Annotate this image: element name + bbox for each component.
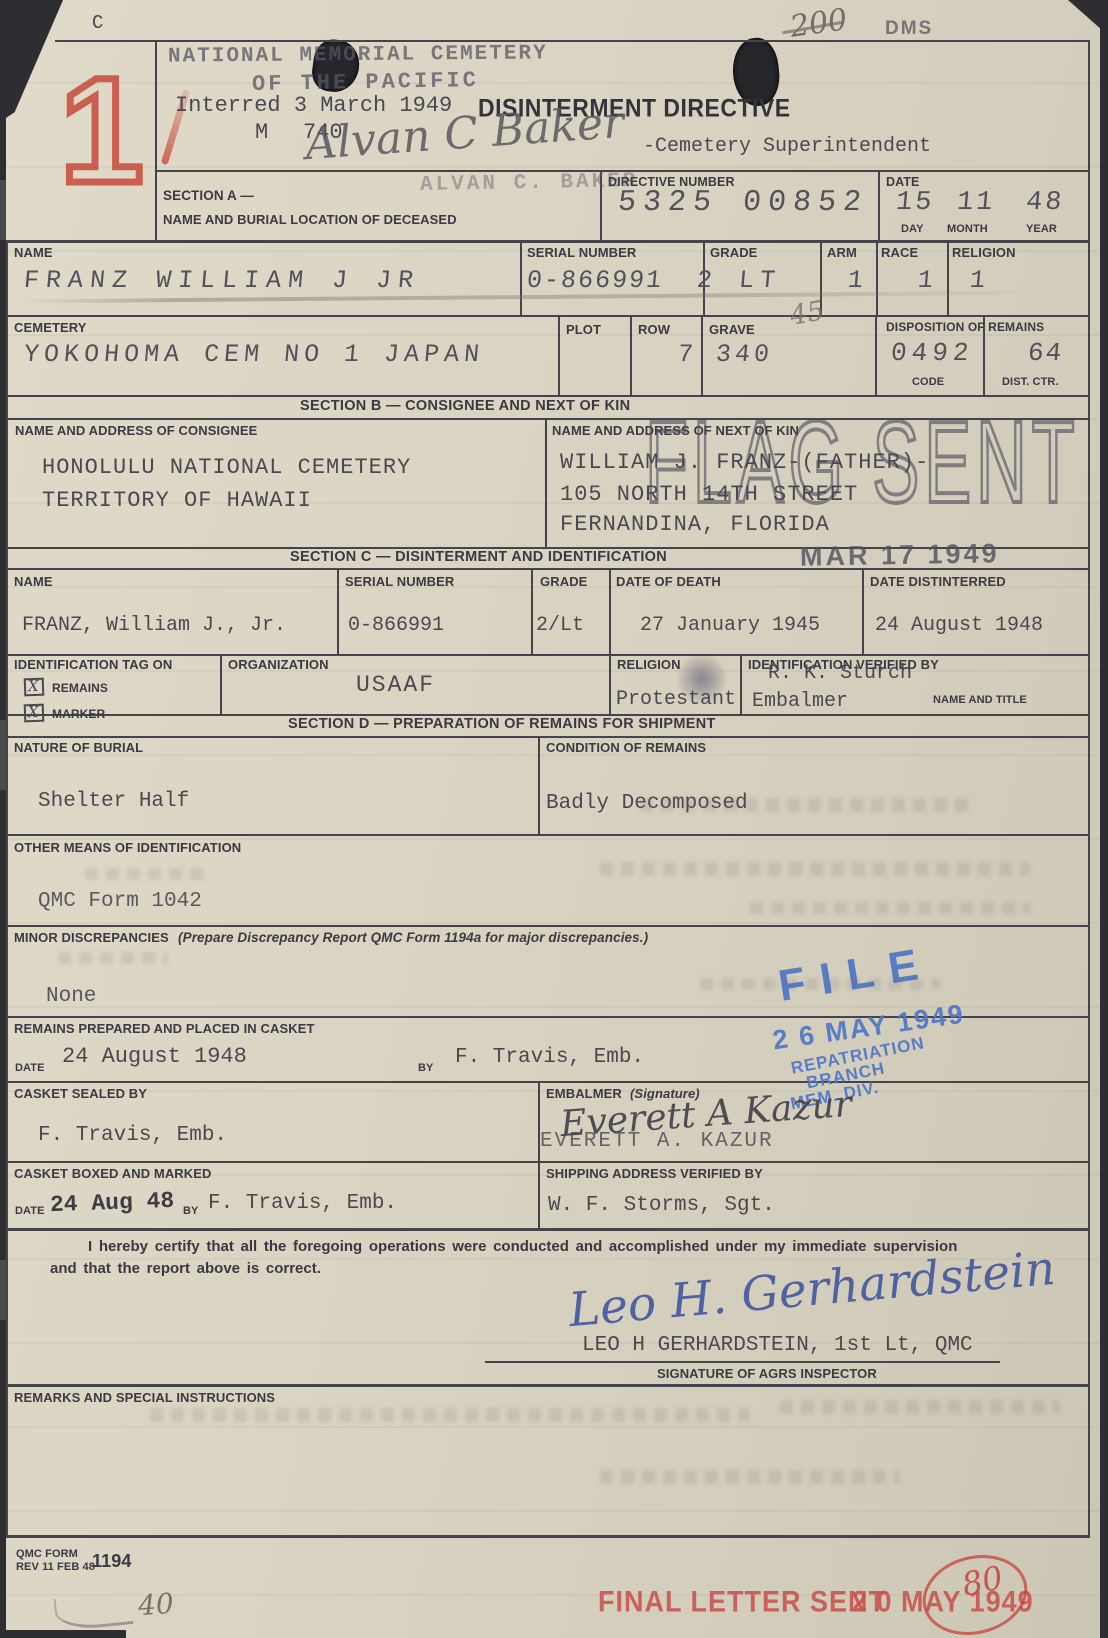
section-a-label: SECTION A — (163, 188, 254, 203)
nature-of-burial-value: Shelter Half (38, 790, 189, 813)
cemetery-value: YOKOHOMA CEM NO 1 JAPAN (23, 340, 486, 369)
id-tag-label: IDENTIFICATION TAG ON (14, 657, 172, 672)
form-line (875, 315, 877, 397)
c-religion-label: RELIGION (617, 657, 681, 672)
arm-value: 1 (847, 266, 871, 295)
form-line (609, 654, 611, 716)
directive-number-value: 5325 00852 (617, 186, 870, 220)
dms-label: DMS (885, 18, 933, 40)
year-label: YEAR (1026, 223, 1057, 235)
verified-title-value: Embalmer (752, 690, 848, 713)
boxed-date-value: 24 Aug 48 (50, 1188, 175, 1218)
corner-letter: C (92, 12, 103, 34)
boxed-date-label: DATE (15, 1205, 45, 1217)
form-id-line1: QMC FORM (16, 1548, 78, 1560)
date-year-value: 48 (1025, 188, 1066, 218)
casket-sealed-label: CASKET SEALED BY (14, 1086, 147, 1101)
c-name-label: NAME (14, 574, 53, 589)
ink-smudge (678, 655, 726, 703)
form-line (6, 1161, 1090, 1163)
date-of-death-value: 27 January 1945 (640, 614, 820, 637)
form-line (6, 1228, 1090, 1231)
form-number: 1194 (92, 1551, 131, 1572)
section-a-sublabel: NAME AND BURIAL LOCATION OF DECEASED (163, 212, 457, 227)
photo-edge-right (1100, 0, 1108, 1638)
form-line (55, 40, 1090, 42)
bleed-through-smudge (600, 862, 1030, 876)
m-label: M (255, 120, 268, 145)
date-disinterred-value: 24 August 1948 (875, 614, 1043, 637)
form-line (630, 315, 632, 397)
cemetery-label: CEMETERY (14, 320, 87, 335)
casket-sealed-by-value: F. Travis, Emb. (38, 1124, 227, 1147)
name-label: NAME (14, 245, 53, 260)
verified-name-value: R. K. Sturch (768, 662, 912, 685)
row-label: ROW (638, 322, 670, 337)
form-line (520, 240, 522, 317)
minor-discrepancies-value: None (46, 985, 96, 1008)
signature-underline (485, 1361, 1000, 1363)
arm-label: ARM (827, 245, 857, 260)
final-letter-sent-stamp: FINAL LETTER SENT (598, 1585, 886, 1619)
remains-label: REMAINS (52, 681, 108, 695)
form-line (947, 240, 949, 317)
marker-label: MARKER (52, 707, 105, 721)
nature-of-burial-label: NATURE OF BURIAL (14, 740, 143, 755)
embalmer-typed-name: EVERETT A. KAZUR (540, 1130, 774, 1153)
c-serial-label: SERIAL NUMBER (345, 574, 454, 589)
form-line (740, 654, 742, 716)
form-line (876, 240, 878, 317)
marker-check-mark: X (28, 703, 39, 721)
form-line (545, 418, 547, 549)
copy-number-stamp: 1 (60, 55, 143, 205)
flag-sent-stamp: FLAG SENT (645, 395, 1079, 530)
consignee-line1: HONOLULU NATIONAL CEMETERY (42, 455, 411, 480)
form-line (6, 1535, 1090, 1538)
form-line (531, 568, 533, 656)
pencil-page-number: 40 (137, 1587, 175, 1622)
consignee-line2: TERRITORY OF HAWAII (42, 488, 312, 513)
minor-discrepancies-label: MINOR DISCREPANCIES (14, 930, 169, 945)
form-line (701, 315, 703, 397)
form-border-right (1088, 40, 1090, 1537)
c-serial-value: 0-866991 (348, 614, 444, 637)
consignee-label: NAME AND ADDRESS OF CONSIGNEE (15, 423, 257, 438)
bleed-through-smudge (85, 868, 205, 880)
c-name-value: FRANZ, William J., Jr. (22, 614, 286, 637)
bleed-through-smudge (750, 902, 1030, 914)
condition-of-remains-label: CONDITION OF REMAINS (546, 740, 706, 755)
row-value: 7 (677, 340, 701, 369)
form-line (6, 834, 1090, 836)
prepared-by-label: BY (418, 1062, 433, 1074)
religion-label: RELIGION (952, 245, 1016, 260)
marker-checkbox: X (24, 704, 45, 723)
bleed-through-smudge (640, 798, 970, 812)
name-value: FRANZ WILLIAM J JR (23, 266, 422, 295)
boxed-by-label: BY (183, 1205, 198, 1217)
cemetery-stamp-line1: NATIONAL MEMORIAL CEMETERY (168, 42, 548, 68)
serial-number-value: 0-866991 (526, 266, 665, 295)
remarks-label: REMARKS AND SPECIAL INSTRUCTIONS (14, 1390, 275, 1405)
form-line (6, 315, 1090, 317)
form-line (878, 170, 880, 242)
disposition-code-value: 0492 (890, 338, 975, 368)
minor-discrepancies-note: (Prepare Discrepancy Report QMC Form 119… (178, 930, 648, 945)
remains-checkbox: X (24, 678, 45, 697)
boxed-by-value: F. Travis, Emb. (208, 1192, 397, 1215)
plot-label: PLOT (566, 322, 601, 337)
bleed-through-smudge (780, 1400, 1060, 1414)
dist-ctr-label: DIST. CTR. (1002, 376, 1059, 388)
certification-line1: I hereby certify that all the foregoing … (88, 1238, 957, 1255)
form-line (220, 654, 222, 716)
organization-value: USAAF (356, 672, 435, 698)
prepared-by-value: F. Travis, Emb. (455, 1046, 644, 1069)
bleed-through-smudge (600, 1470, 900, 1484)
section-c-title: SECTION C — DISINTERMENT AND IDENTIFICAT… (290, 549, 667, 565)
grade-value: 2 LT (696, 266, 783, 295)
scanned-document-photo: C 200 DMS 1 NATIONAL MEMORIAL CEMETERY O… (0, 0, 1108, 1638)
grave-pencil-note: 45 (788, 295, 827, 331)
form-line (538, 736, 540, 836)
shipping-verified-label: SHIPPING ADDRESS VERIFIED BY (546, 1166, 763, 1181)
section-d-title: SECTION D — PREPARATION OF REMAINS FOR S… (288, 716, 716, 732)
date-of-death-label: DATE OF DEATH (616, 574, 721, 589)
shipping-verified-value: W. F. Storms, Sgt. (548, 1194, 775, 1217)
flag-sent-date-stamp: MAR 17 1949 (800, 538, 1000, 572)
form-line (862, 568, 864, 656)
organization-label: ORGANIZATION (228, 657, 329, 672)
date-disinterred-label: DATE DISTINTERRED (870, 574, 1006, 589)
form-id-line2: REV 11 FEB 48 (16, 1561, 95, 1573)
other-means-label: OTHER MEANS OF IDENTIFICATION (14, 840, 241, 855)
form-line (538, 1161, 540, 1230)
serial-number-label: SERIAL NUMBER (527, 245, 636, 260)
form-line (609, 568, 611, 656)
date-month-value: 11 (956, 188, 997, 218)
grade-label: GRADE (710, 245, 757, 260)
remains-check-mark: X (28, 677, 39, 695)
agrs-inspector-label: SIGNATURE OF AGRS INSPECTOR (657, 1366, 877, 1381)
binder-block-1 (0, 180, 6, 240)
form-border-left (6, 240, 8, 1537)
remains-prepared-label: REMAINS PREPARED AND PLACED IN CASKET (14, 1021, 315, 1036)
name-and-title-label: NAME AND TITLE (933, 694, 1027, 706)
disposition-dist-value: 64 (1027, 338, 1065, 368)
form-line (6, 925, 1090, 927)
form-line (6, 736, 1090, 738)
c-grade-label: GRADE (540, 574, 587, 589)
other-means-value: QMC Form 1042 (38, 890, 202, 913)
casket-boxed-label: CASKET BOXED AND MARKED (14, 1166, 212, 1181)
race-label: RACE (881, 245, 918, 260)
date-label: DATE (886, 175, 920, 189)
prepared-date-label: DATE (15, 1062, 45, 1074)
superintendent-name-stamp: ALVAN C. BAKER (420, 170, 639, 197)
prepared-date-value: 24 August 1948 (62, 1044, 247, 1069)
form-line (558, 315, 560, 397)
embalmer-label: EMBALMER (546, 1086, 622, 1101)
disposition-label: DISPOSITION OF REMAINS (886, 320, 1044, 334)
code-label: CODE (912, 376, 944, 388)
bleed-through-smudge (700, 978, 940, 990)
form-line (6, 240, 1090, 243)
bleed-through-smudge (150, 1408, 750, 1422)
form-line (337, 568, 339, 656)
inspector-typed-name: LEO H GERHARDSTEIN, 1st Lt, QMC (582, 1334, 973, 1357)
grave-value: 340 (715, 340, 775, 369)
grave-label: GRAVE (709, 322, 755, 337)
c-grade-value: 2/Lt (536, 614, 584, 637)
superintendent-title: -Cemetery Superintendent (643, 135, 931, 158)
form-line (6, 654, 1090, 656)
form-line (6, 1384, 1090, 1387)
date-day-value: 15 (895, 188, 936, 218)
month-label: MONTH (947, 223, 988, 235)
form-line (155, 40, 157, 242)
form-line (6, 1081, 1090, 1083)
certification-line2: and that the report above is correct. (50, 1260, 321, 1277)
section-b-title: SECTION B — CONSIGNEE AND NEXT OF KIN (300, 398, 630, 414)
day-label: DAY (901, 223, 924, 235)
photo-edge-bottom-left (6, 1630, 126, 1638)
bleed-through-smudge (58, 952, 168, 964)
